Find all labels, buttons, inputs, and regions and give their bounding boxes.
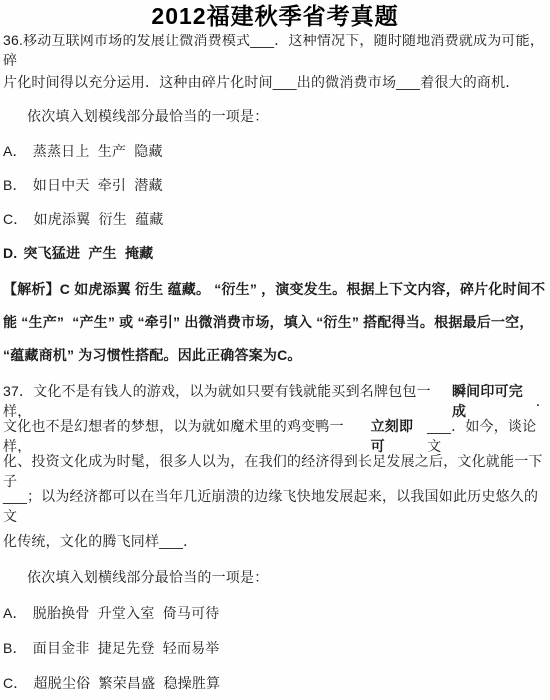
- bold-text-segment: “蕴藏商机” 为习惯性搭配。因此正确答案为C。: [3, 345, 302, 365]
- question-37-prompt: 依次填入划横线部分最恰当的一项是：: [0, 560, 550, 593]
- option-text: 如日中天 牵引 潜藏: [33, 175, 163, 195]
- option-label: A．: [3, 603, 27, 623]
- document-page: 2012福建秋季省考真题 36.移动互联网市场的发展让微消费模式___．这种情况…: [0, 0, 550, 700]
- option-A: A．蒸蒸日上 生产 隐藏: [0, 134, 550, 168]
- text-segment: 片化时间得以充分运用．这种由碎片化时间___出的微消费市场___着很大的商机．: [3, 72, 520, 92]
- option-label: B．: [3, 638, 27, 658]
- text-line: 能 “生产” “产生” 或 “牵引” 出微消费市场，填入 “衍生” 搭配得当。根…: [0, 305, 550, 338]
- bold-text-segment: 立刻即可: [371, 418, 428, 453]
- page-title: 2012福建秋季省考真题: [0, 0, 550, 30]
- option-B: B．面目金非 捷足先登 轻而易举: [0, 630, 550, 665]
- option-B: B．如日中天 牵引 潜藏: [0, 168, 550, 202]
- text-line: 化传统，文化的腾飞同样___．: [0, 523, 550, 558]
- question-37-stem: 37．文化不是有钱人的游戏，以为就如只要有钱就能买到名牌包包一样，瞬间印可完成．…: [0, 383, 550, 558]
- option-label: D.: [3, 245, 17, 261]
- text-segment: 文化也不是幻想者的梦想，以为就如魔术里的鸡变鸭一样，: [3, 418, 371, 453]
- text-line: ___；以为经济都可以在当年几近崩溃的边缘飞快地发展起来，以我国如此历史悠久的文: [0, 488, 550, 523]
- bold-text-segment: 瞬间印可完成: [452, 383, 536, 418]
- option-label: A．: [3, 141, 27, 161]
- question-36-prompt: 依次填入划模线部分最恰当的一项是：: [0, 100, 550, 132]
- text-segment: 37．文化不是有钱人的游戏，以为就如只要有钱就能买到名牌包包一样，: [3, 383, 452, 418]
- option-text: 脱胎换骨 升堂入室 倚马可待: [33, 603, 220, 623]
- question-36-stem: 36.移动互联网市场的发展让微消费模式___．这种情况下，随时随地消费就成为可能…: [0, 34, 550, 98]
- text-line: 【解析】C 如虎添翼 衍生 蕴藏。 “衍生” ，演变发生。根据上下文内容，碎片化…: [0, 272, 550, 305]
- question-36-options: A．蒸蒸日上 生产 隐藏B．如日中天 牵引 潜藏C．如虎添翼 衍生 蕴藏D.突飞…: [0, 134, 550, 270]
- text-segment: 化传统，文化的腾飞同样___．: [3, 531, 197, 551]
- text-segment: ___；以为经济都可以在当年几近崩溃的边缘飞快地发展起来，以我国如此历史悠久的文: [3, 488, 550, 523]
- option-C: C．如虎添翼 衍生 蕴藏: [0, 202, 550, 236]
- text-line: 文化也不是幻想者的梦想，以为就如魔术里的鸡变鸭一样，立刻即可___．如今，谈论文: [0, 418, 550, 453]
- option-label: C．: [3, 209, 28, 229]
- question-37-options: A．脱胎换骨 升堂入室 倚马可待B．面目金非 捷足先登 轻而易举C．超脱尘俗 繁…: [0, 595, 550, 700]
- option-label: B．: [3, 175, 27, 195]
- bold-text-segment: 能 “生产” “产生” 或 “牵引” 出微消费市场，填入 “衍生” 搭配得当。根…: [3, 312, 534, 332]
- option-C: C．超脱尘俗 繁荣昌盛 稳操胜算: [0, 665, 550, 700]
- option-text: 蒸蒸日上 生产 隐藏: [33, 141, 163, 161]
- option-A: A．脱胎换骨 升堂入室 倚马可待: [0, 595, 550, 630]
- text-line: 36.移动互联网市场的发展让微消费模式___．这种情况下，随时随地消费就成为可能…: [0, 34, 550, 66]
- option-D: D.突飞猛进 产生 掩藏: [0, 236, 550, 270]
- text-segment: 36.移动互联网市场的发展让微消费模式___．这种情况下，随时随地消费就成为可能…: [3, 34, 550, 66]
- text-line: 片化时间得以充分运用．这种由碎片化时间___出的微消费市场___着很大的商机．: [0, 66, 550, 98]
- text-segment: 化、投资文化成为时髦，很多人以为，在我们的经济得到长足发展之后，文化就能一下子: [3, 453, 550, 488]
- bold-text-segment: 【解析】C 如虎添翼 衍生 蕴藏。 “衍生” ，演变发生。根据上下文内容，碎片化…: [3, 279, 545, 299]
- option-text: 面目金非 捷足先登 轻而易举: [33, 638, 220, 658]
- text-line: “蕴藏商机” 为习惯性搭配。因此正确答案为C。: [0, 338, 550, 371]
- text-line: 化、投资文化成为时髦，很多人以为，在我们的经济得到长足发展之后，文化就能一下子: [0, 453, 550, 488]
- option-text: 突飞猛进 产生 掩藏: [23, 243, 153, 263]
- option-label: C．: [3, 673, 28, 693]
- question-36-analysis: 【解析】C 如虎添翼 衍生 蕴藏。 “衍生” ，演变发生。根据上下文内容，碎片化…: [0, 272, 550, 371]
- text-segment: ．: [536, 391, 550, 411]
- option-text: 超脱尘俗 繁荣昌盛 稳操胜算: [34, 673, 221, 693]
- text-line: 37．文化不是有钱人的游戏，以为就如只要有钱就能买到名牌包包一样，瞬间印可完成．: [0, 383, 550, 418]
- text-segment: ___．如今，谈论文: [427, 418, 550, 453]
- option-text: 如虎添翼 衍生 蕴藏: [34, 209, 164, 229]
